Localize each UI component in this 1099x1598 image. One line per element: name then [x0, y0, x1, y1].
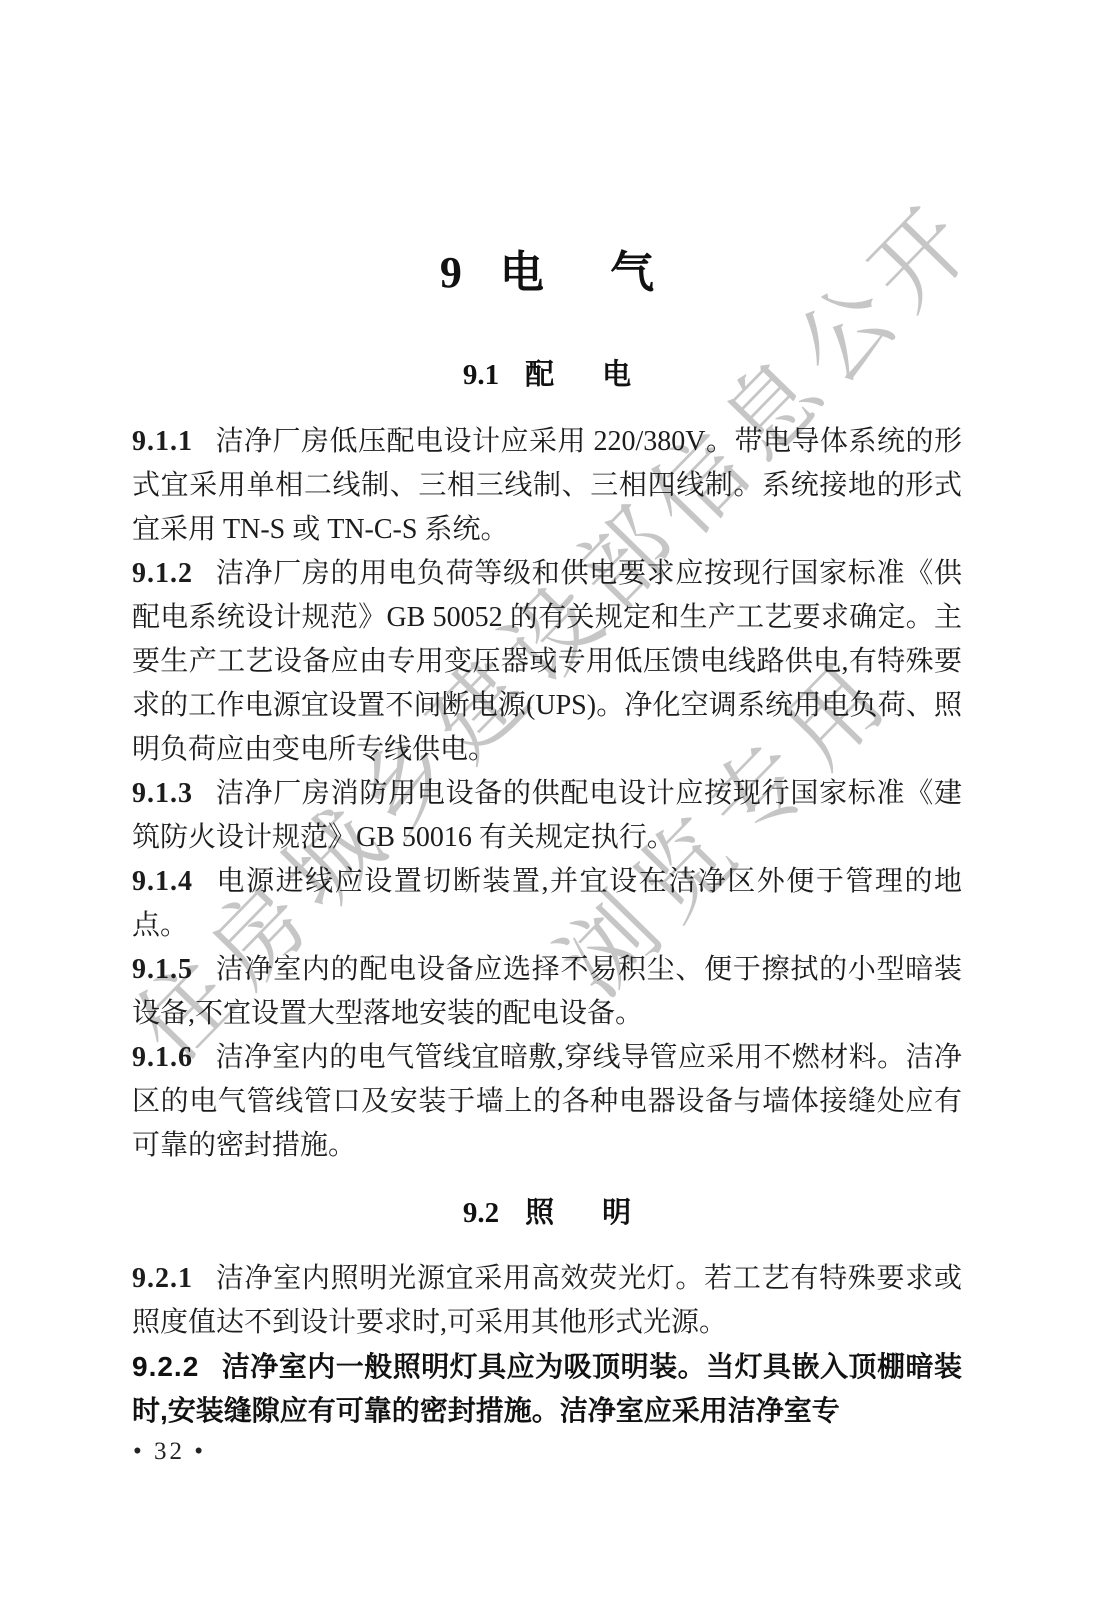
- document-page: 住房城乡建设部信息公开 浏览专用 9 电 气 9.1 配 电 9.1.1洁净厂房…: [0, 0, 1099, 1598]
- page-content: 9 电 气 9.1 配 电 9.1.1洁净厂房低压配电设计应采用 220/380…: [132, 0, 962, 1433]
- section-title: 照 明: [525, 1198, 631, 1228]
- clause-number: 9.2.2: [132, 1351, 199, 1382]
- page-number: • 32 •: [133, 1438, 206, 1466]
- clause-9-1-1: 9.1.1洁净厂房低压配电设计应采用 220/380V。带电导体系统的形式宜采用…: [132, 420, 962, 552]
- clause-text: 洁净室内的电气管线宜暗敷,穿线导管应采用不燃材料。洁净区的电气管线管口及安装于墙…: [132, 1042, 962, 1161]
- clause-number: 9.1.4: [132, 866, 193, 897]
- clause-text: 电源进线应设置切断装置,并宜设在洁净区外便于管理的地点。: [132, 866, 962, 941]
- clause-9-1-5: 9.1.5洁净室内的配电设备应选择不易积尘、便于擦拭的小型暗装设备,不宜设置大型…: [132, 948, 962, 1036]
- clause-text: 洁净室内照明光源宜采用高效荧光灯。若工艺有特殊要求或照度值达不到设计要求时,可采…: [132, 1263, 962, 1338]
- clause-text: 洁净室内的配电设备应选择不易积尘、便于擦拭的小型暗装设备,不宜设置大型落地安装的…: [132, 954, 962, 1029]
- section-heading-9-2: 9.2 照 明: [132, 1198, 962, 1228]
- section-number: 9.2: [463, 1198, 499, 1228]
- clause-9-1-6: 9.1.6洁净室内的电气管线宜暗敷,穿线导管应采用不燃材料。洁净区的电气管线管口…: [132, 1036, 962, 1168]
- section-9-1-body: 9.1.1洁净厂房低压配电设计应采用 220/380V。带电导体系统的形式宜采用…: [132, 420, 962, 1168]
- clause-text: 洁净厂房消防用电设备的供配电设计应按现行国家标准《建筑防火设计规范》GB 500…: [132, 778, 962, 853]
- clause-9-2-2-mandatory: 9.2.2洁净室内一般照明灯具应为吸顶明装。当灯具嵌入顶棚暗装时,安装缝隙应有可…: [132, 1345, 962, 1433]
- section-title: 配 电: [525, 360, 631, 390]
- clause-number: 9.2.1: [132, 1263, 193, 1294]
- clause-9-1-3: 9.1.3洁净厂房消防用电设备的供配电设计应按现行国家标准《建筑防火设计规范》G…: [132, 772, 962, 860]
- clause-number: 9.1.3: [132, 778, 193, 809]
- chapter-title: 电 气: [500, 251, 654, 295]
- clause-9-2-1: 9.2.1洁净室内照明光源宜采用高效荧光灯。若工艺有特殊要求或照度值达不到设计要…: [132, 1257, 962, 1345]
- clause-text: 洁净厂房低压配电设计应采用 220/380V。带电导体系统的形式宜采用单相二线制…: [132, 426, 962, 545]
- clause-number: 9.1.6: [132, 1042, 193, 1073]
- section-number: 9.1: [463, 360, 499, 390]
- clause-text: 洁净室内一般照明灯具应为吸顶明装。当灯具嵌入顶棚暗装时,安装缝隙应有可靠的密封措…: [132, 1351, 962, 1426]
- clause-number: 9.1.2: [132, 558, 193, 589]
- section-heading-9-1: 9.1 配 电: [132, 360, 962, 390]
- clause-number: 9.1.1: [132, 426, 193, 457]
- chapter-number: 9: [440, 251, 462, 295]
- clause-text: 洁净厂房的用电负荷等级和供电要求应按现行国家标准《供配电系统设计规范》GB 50…: [132, 558, 962, 765]
- clause-9-1-2: 9.1.2洁净厂房的用电负荷等级和供电要求应按现行国家标准《供配电系统设计规范》…: [132, 552, 962, 772]
- clause-9-1-4: 9.1.4电源进线应设置切断装置,并宜设在洁净区外便于管理的地点。: [132, 860, 962, 948]
- clause-number: 9.1.5: [132, 954, 193, 985]
- chapter-heading: 9 电 气: [132, 251, 962, 295]
- section-9-2-body: 9.2.1洁净室内照明光源宜采用高效荧光灯。若工艺有特殊要求或照度值达不到设计要…: [132, 1257, 962, 1433]
